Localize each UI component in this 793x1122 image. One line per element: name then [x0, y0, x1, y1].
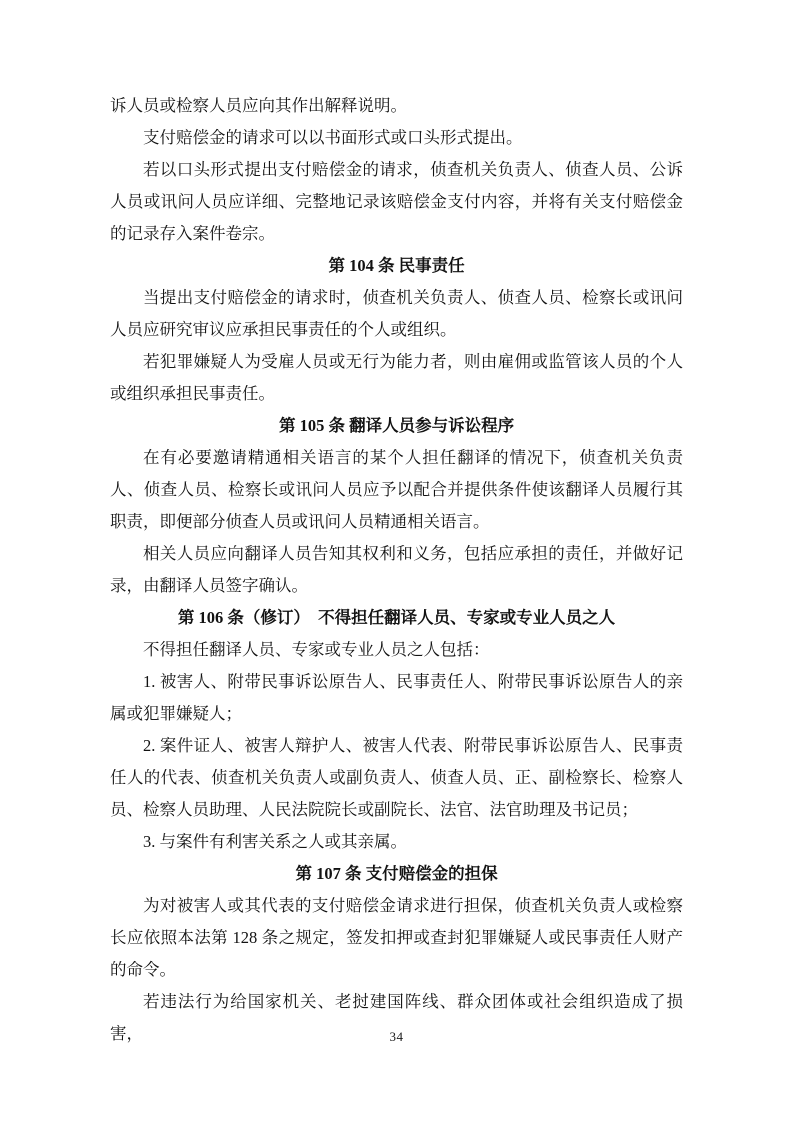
article-heading: 第 105 条 翻译人员参与诉讼程序 — [110, 410, 683, 442]
body-paragraph: 3. 与案件有利害关系之人或其亲属。 — [110, 826, 683, 858]
document-page: 诉人员或检察人员应向其作出解释说明。支付赔偿金的请求可以以书面形式或口头形式提出… — [0, 0, 793, 1122]
article-heading: 第 104 条 民事责任 — [110, 250, 683, 282]
article-heading: 第 107 条 支付赔偿金的担保 — [110, 858, 683, 890]
body-paragraph: 2. 案件证人、被害人辩护人、被害人代表、附带民事诉讼原告人、民事责任人的代表、… — [110, 730, 683, 826]
body-paragraph: 支付赔偿金的请求可以以书面形式或口头形式提出。 — [110, 122, 683, 154]
body-paragraph: 诉人员或检察人员应向其作出解释说明。 — [110, 90, 683, 122]
page-footer: 34 — [0, 1028, 793, 1046]
body-paragraph: 在有必要邀请精通相关语言的某个人担任翻译的情况下，侦查机关负责人、侦查人员、检察… — [110, 442, 683, 538]
body-paragraph: 相关人员应向翻译人员告知其权利和义务，包括应承担的责任，并做好记录，由翻译人员签… — [110, 538, 683, 602]
body-paragraph: 1. 被害人、附带民事诉讼原告人、民事责任人、附带民事诉讼原告人的亲属或犯罪嫌疑… — [110, 666, 683, 730]
page-number: 34 — [390, 1029, 404, 1044]
body-paragraph: 当提出支付赔偿金的请求时，侦查机关负责人、侦查人员、检察长或讯问人员应研究审议应… — [110, 282, 683, 346]
body-paragraph: 为对被害人或其代表的支付赔偿金请求进行担保，侦查机关负责人或检察长应依照本法第 … — [110, 890, 683, 986]
body-paragraph: 不得担任翻译人员、专家或专业人员之人包括： — [110, 634, 683, 666]
article-heading: 第 106 条（修订） 不得担任翻译人员、专家或专业人员之人 — [110, 602, 683, 634]
document-body: 诉人员或检察人员应向其作出解释说明。支付赔偿金的请求可以以书面形式或口头形式提出… — [110, 90, 683, 1050]
body-paragraph: 若以口头形式提出支付赔偿金的请求，侦查机关负责人、侦查人员、公诉人员或讯问人员应… — [110, 154, 683, 250]
body-paragraph: 若犯罪嫌疑人为受雇人员或无行为能力者，则由雇佣或监管该人员的个人或组织承担民事责… — [110, 346, 683, 410]
